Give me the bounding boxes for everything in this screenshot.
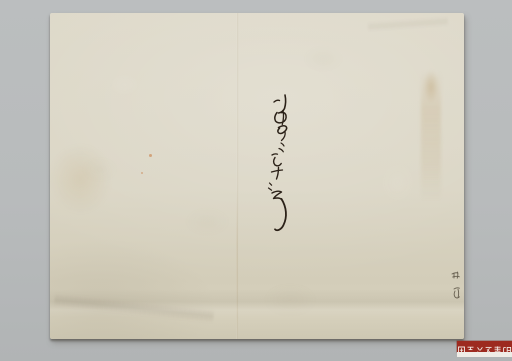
rust-speck <box>149 154 152 157</box>
margin-ink-note <box>450 270 464 300</box>
margin-note-strokes <box>452 272 459 298</box>
cover-title-calligraphy <box>263 89 299 237</box>
document-paper <box>50 13 464 339</box>
stain-streak-right <box>421 71 441 201</box>
archives-stamp-jp: 国立公文書館 <box>457 341 512 352</box>
ink-strokes <box>269 95 287 230</box>
archives-stamp-en-text: National Archives of Japan <box>457 352 458 353</box>
rust-speck <box>141 172 143 174</box>
archives-stamp-jp-text: 国立公文書館 <box>457 341 458 342</box>
stain-left <box>50 131 122 227</box>
archives-stamp-en: National Archives of Japan <box>457 352 512 357</box>
scan-background: 国立公文書館 National Arch <box>0 0 512 361</box>
archives-stamp: 国立公文書館 National Arch <box>457 341 512 357</box>
